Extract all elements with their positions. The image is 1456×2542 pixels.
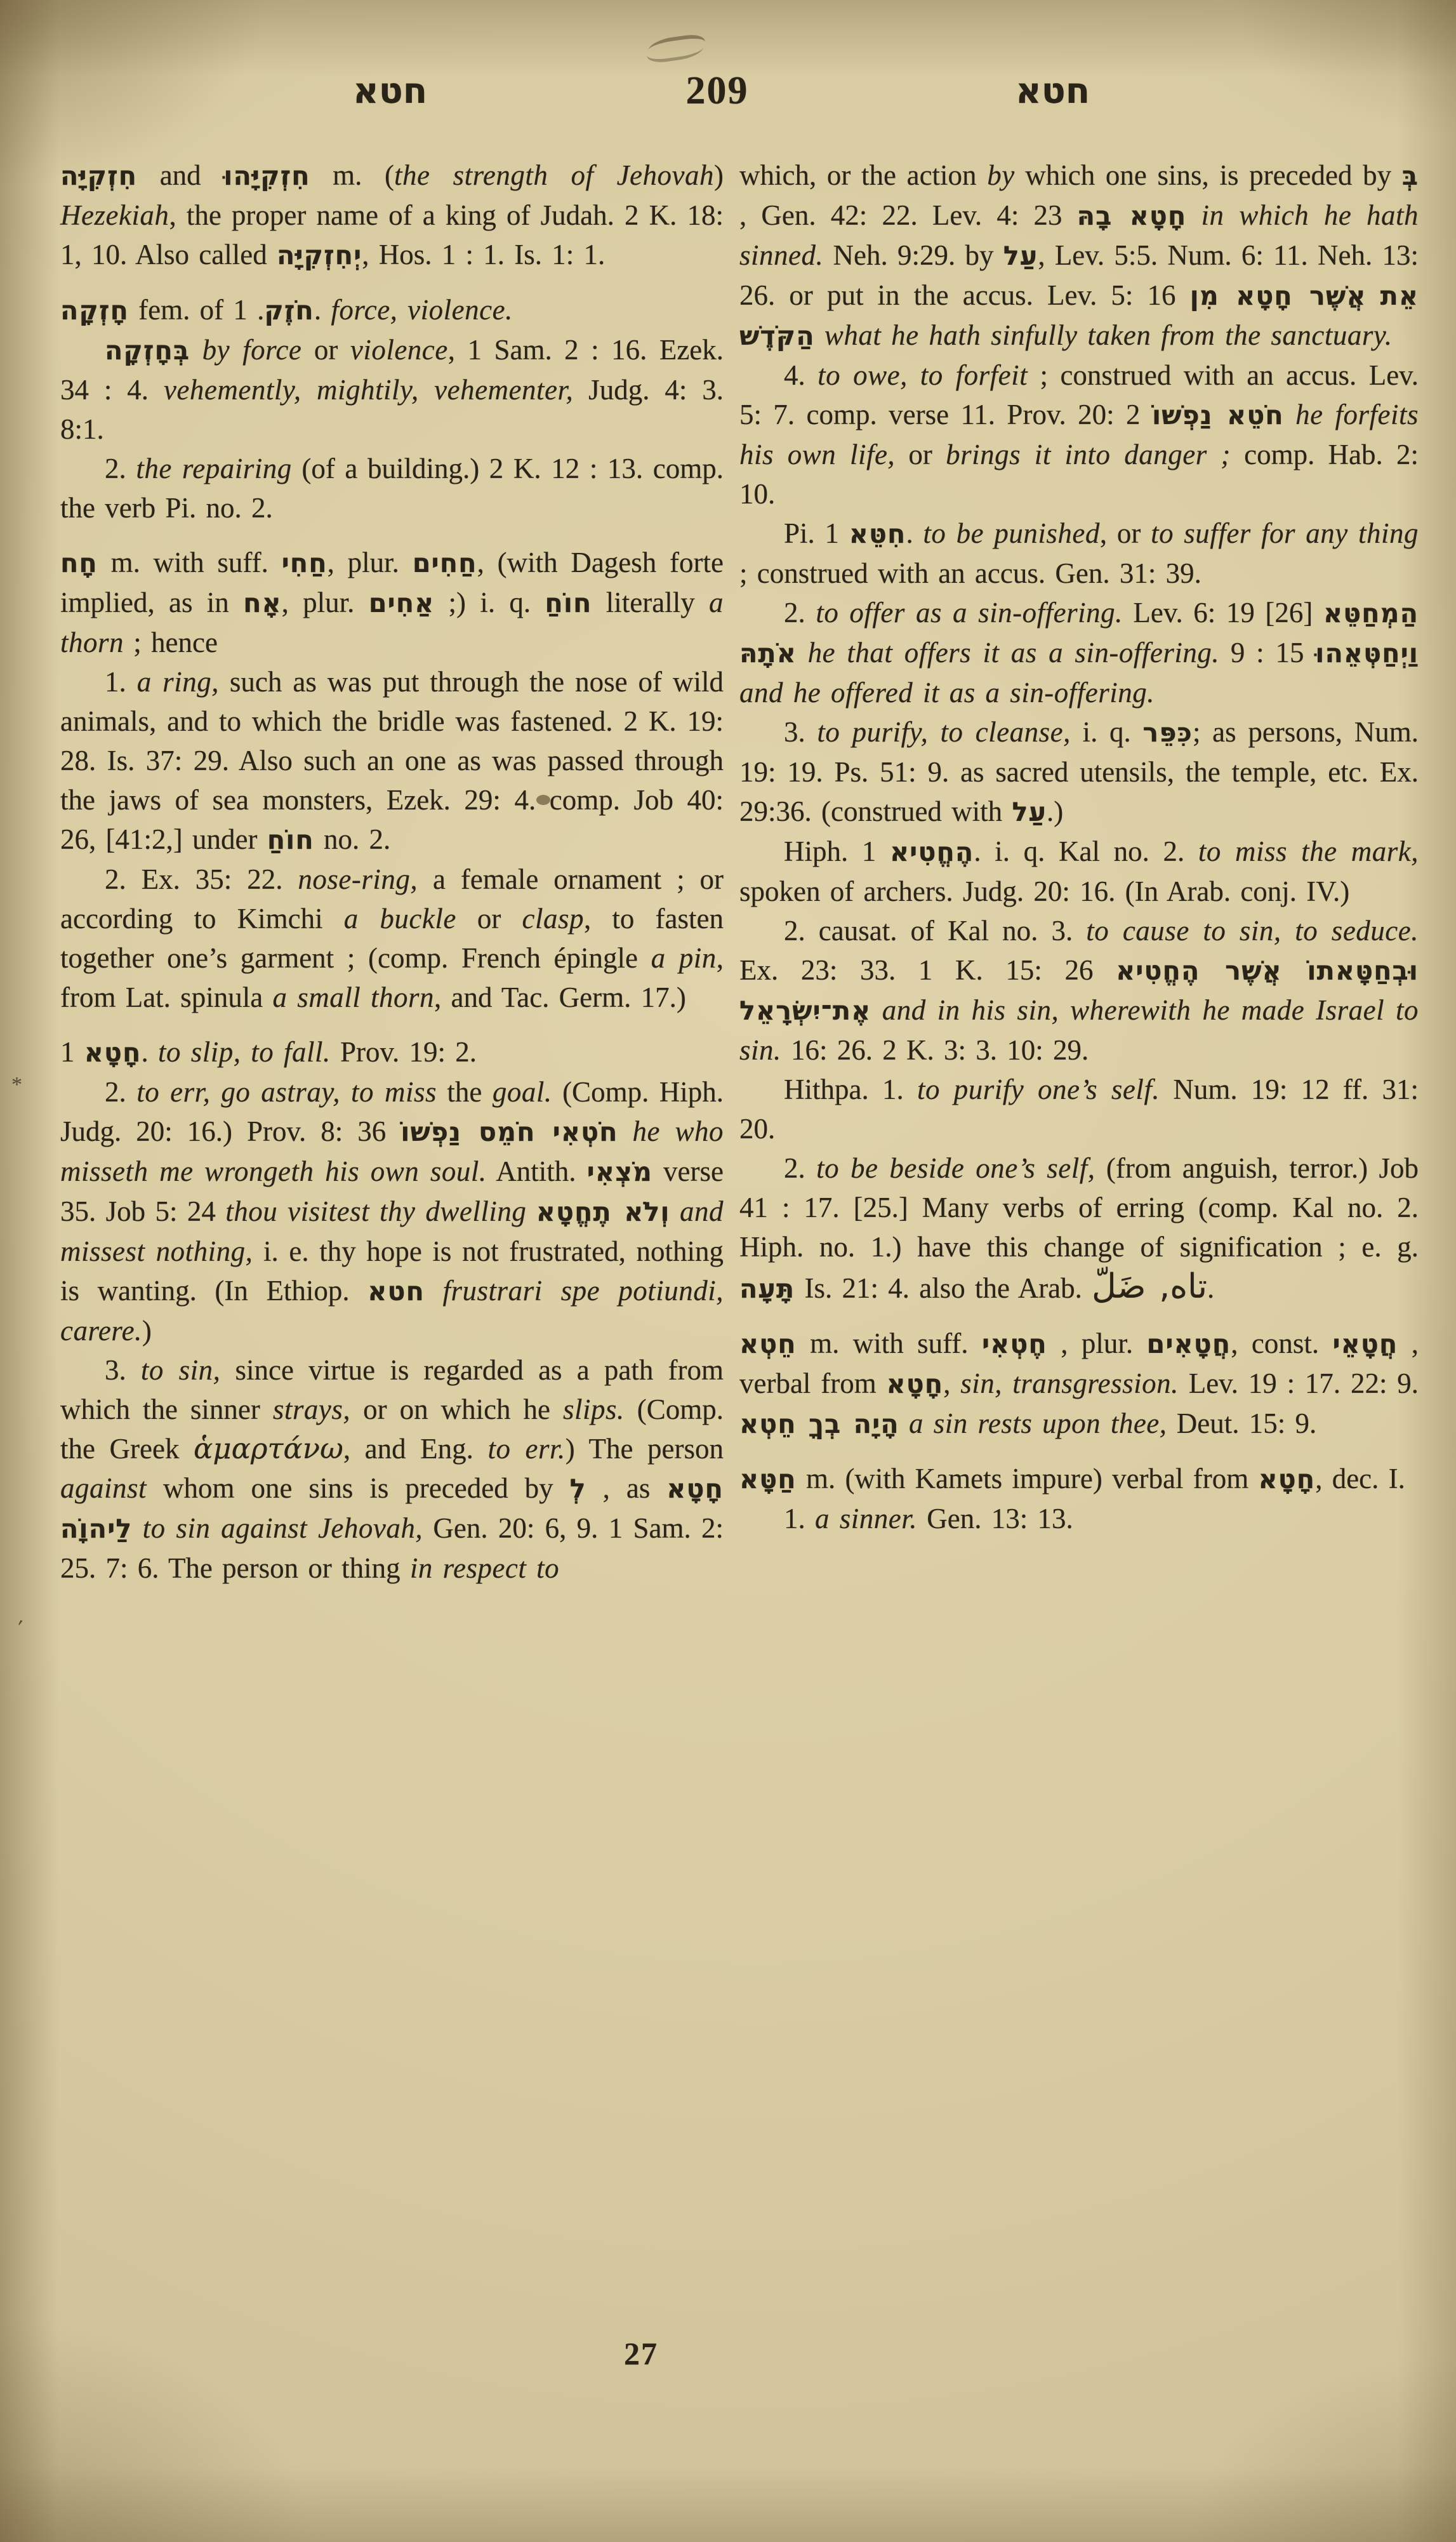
- text-run: 1.: [105, 666, 137, 698]
- italic-text: force, violence.: [331, 294, 512, 326]
- entry-paragraph: 2. to be beside one’s self, (from anguis…: [739, 1148, 1419, 1308]
- text-run: 2.: [784, 597, 816, 629]
- hebrew-text: יְחִזְקִיָּה: [277, 240, 362, 270]
- text-run: [1366, 279, 1380, 311]
- entry-paragraph: Hithpa. 1. to purify one’s self. Num. 19…: [739, 1070, 1419, 1148]
- text-run: [871, 994, 882, 1026]
- text-run: , and Eng.: [343, 1433, 488, 1465]
- text-run: [670, 1195, 680, 1227]
- text-run: Pi.: [784, 517, 825, 549]
- hebrew-text: חָזְקָה: [60, 295, 129, 326]
- italic-text: to be punished: [923, 517, 1099, 549]
- text-run: Hiph.: [784, 835, 862, 867]
- text-run: spoken of archers. Judg. 20: 16. (In Ara…: [739, 875, 1349, 907]
- text-run: whom one sins is preceded by: [147, 1472, 570, 1504]
- hebrew-text: עַל: [1012, 797, 1047, 827]
- hebrew-text: כִּפֵּר: [1142, 717, 1193, 748]
- hebrew-text: חָח: [60, 548, 98, 578]
- entry-paragraph: חָזְקָה fem. of חֹזֶק. 1. force, violenc…: [60, 290, 724, 330]
- text-run: Gen. 13: 13.: [917, 1503, 1073, 1534]
- text-run: 2.: [105, 453, 136, 484]
- text-run: [190, 334, 202, 366]
- entry-paragraph: חָטָא 1. to slip, to fall. Prov. 19: 2.: [60, 1032, 724, 1072]
- entry-paragraph: 3. to purify, to cleanse, i. q. כִּפֵּר;…: [739, 712, 1419, 832]
- italic-text: thou visitest thy dwelling: [225, 1195, 526, 1227]
- catchword-left: חטא: [353, 66, 427, 117]
- italic-text: vehemently, mightily, vehementer,: [164, 374, 573, 406]
- hebrew-text: חָטָא: [84, 1037, 142, 1068]
- italic-text: to err.: [487, 1433, 565, 1465]
- text-run: [132, 1512, 142, 1544]
- text-run: 1.: [784, 1503, 815, 1534]
- hebrew-text: חָטָא: [1259, 1464, 1316, 1494]
- right-column: which, or the action by which one sins, …: [739, 156, 1419, 1538]
- text-run: Hithpa. 1.: [784, 1074, 917, 1105]
- text-run: m. (: [310, 159, 394, 191]
- left-column: חִזְקִיָּה and חִזְקִיָּהוּ m. (the stre…: [60, 156, 724, 1588]
- italic-text: to purify one’s self.: [917, 1074, 1160, 1105]
- text-run: 16: 26. 2 K. 3: 3. 10: 29.: [781, 1034, 1089, 1066]
- hebrew-text: עַל: [1003, 241, 1038, 271]
- text-run: which, or the action: [739, 159, 987, 191]
- text-run: Is. 21: 4. also the Arab.: [795, 1272, 1092, 1304]
- italic-text: he that offers it as a sin-offering.: [808, 637, 1219, 669]
- italic-text: a pin: [651, 942, 717, 974]
- entry-paragraph: 1. a sinner. Gen. 13: 13.: [739, 1499, 1419, 1538]
- text-run: , Hos. 1 : 1. Is. 1: 1.: [362, 239, 605, 270]
- entry-paragraph: 3. to sin, since virtue is regarded as a…: [60, 1350, 724, 1588]
- hebrew-text: חֹטֵא נַפְשׁוֹ: [1152, 400, 1284, 430]
- text-run: ) The person: [566, 1433, 724, 1465]
- text-run: .): [1047, 795, 1063, 827]
- italic-text: to cause to sin, to seduce.: [1086, 915, 1419, 947]
- italic-text: slips.: [563, 1394, 625, 1425]
- text-run: Lev. 19 : 17. 22: 9.: [1179, 1367, 1419, 1399]
- text-run: ;) i. q.: [434, 587, 545, 618]
- arabic-text: تاه, ضَلّ: [1092, 1267, 1207, 1306]
- text-run: 3.: [784, 716, 817, 748]
- entry-paragraph: Hiph. הֶחֱטִיא 1. i. q. Kal no. 2. to mi…: [739, 832, 1419, 911]
- entry-paragraph: 2. causat. of Kal no. 3. to cause to sin…: [739, 911, 1419, 1070]
- text-run: fem. of: [129, 294, 233, 326]
- hebrew-text: חַטָּא: [739, 1464, 797, 1494]
- italic-text: a buckle: [344, 903, 456, 935]
- text-run: 4.: [784, 359, 817, 391]
- text-run: ; hence: [124, 627, 218, 658]
- hebrew-text: הָיָה בְךָ חֵטְא: [739, 1409, 899, 1439]
- italic-text: in respect to: [410, 1552, 559, 1584]
- hebrew-text: מֹצְאִי: [587, 1157, 652, 1187]
- text-run: [425, 1275, 443, 1307]
- text-run: .: [1207, 1272, 1214, 1304]
- italic-text: and he offered it as a sin-offering.: [739, 677, 1155, 709]
- hebrew-text: חַחִי: [282, 548, 328, 578]
- text-run: 2.: [784, 1152, 816, 1184]
- text-run: ): [142, 1315, 152, 1347]
- text-run: 3.: [105, 1354, 141, 1386]
- hebrew-text: חוֹחַ: [545, 588, 592, 618]
- italic-text: to sin against Jehovah,: [143, 1512, 423, 1544]
- italic-text: to slip, to fall.: [158, 1036, 331, 1068]
- text-run: m. with suff.: [98, 547, 282, 578]
- text-run: , plur.: [1047, 1328, 1147, 1359]
- signature-number: 27: [571, 2335, 711, 2372]
- entry-paragraph: which, or the action by which one sins, …: [739, 156, 1419, 356]
- text-run: 2. causat. of Kal no. 3.: [784, 915, 1086, 947]
- text-run: or: [301, 334, 350, 366]
- text-run: ): [714, 159, 724, 191]
- margin-asterisk-mark: *: [11, 1073, 22, 1097]
- hebrew-text: חֹטְאִי חֹמֵס נַפְשׁוֹ: [400, 1117, 618, 1147]
- entry-paragraph: 2. the repairing (of a building.) 2 K. 1…: [60, 449, 724, 528]
- italic-text: brings it into danger ;: [946, 439, 1231, 470]
- hebrew-text: חֲטָאֵי: [1332, 1329, 1398, 1359]
- italic-text: to offer as a sin-offering.: [816, 597, 1123, 629]
- italic-text: a ring,: [137, 666, 219, 698]
- italic-text: goal.: [493, 1076, 552, 1108]
- italic-text: strays,: [273, 1394, 350, 1425]
- italic-text: to miss the mark,: [1198, 835, 1419, 867]
- hebrew-text: חָטָא בָהּ: [1077, 201, 1187, 231]
- text-run: [526, 1195, 536, 1227]
- hebrew-text: חֹזֶק: [264, 295, 314, 326]
- hebrew-text: חִזְקִיָּה: [60, 161, 137, 191]
- italic-text: sin, transgression.: [960, 1367, 1179, 1399]
- text-run: , const.: [1231, 1328, 1332, 1359]
- hebrew-text: חָטָא: [887, 1369, 944, 1399]
- hebrew-text: בְּחָזְקָה: [105, 335, 190, 366]
- entry-paragraph: 2. to err, go astray, to miss the goal. …: [60, 1072, 724, 1350]
- hebrew-text: חִטֵּא: [849, 519, 906, 549]
- italic-text: to sin,: [141, 1354, 220, 1386]
- text-run: Deut. 15: 9.: [1167, 1407, 1317, 1439]
- ink-smudge: [645, 32, 706, 65]
- text-run: 2. Ex. 35: 22.: [105, 863, 298, 895]
- hebrew-text: בְּ: [1402, 161, 1419, 191]
- italic-text: the strength of Jehovah: [394, 159, 714, 191]
- text-run: , plur.: [328, 547, 413, 578]
- text-run: and: [137, 159, 223, 191]
- page-number: 209: [647, 66, 787, 116]
- hebrew-text: חַחִים: [413, 548, 477, 578]
- hebrew-text: חִזְקִיָּהוּ: [223, 161, 310, 191]
- margin-stray-mark: ′: [13, 1616, 25, 1640]
- text-run: [1186, 199, 1201, 231]
- entry-paragraph: 4. to owe, to forfeit ; construed with a…: [739, 356, 1419, 514]
- hebrew-text: חֲטָאִים: [1147, 1329, 1231, 1359]
- entry-paragraph: חָח m. with suff. חַחִי, plur. חַחִים, (…: [60, 543, 724, 662]
- italic-text: to purify, to cleanse,: [817, 716, 1070, 748]
- italic-text: the repairing: [136, 453, 291, 484]
- italic-text: a sin rests upon thee,: [909, 1407, 1167, 1439]
- entry-paragraph: 1. a ring, such as was put through the n…: [60, 662, 724, 860]
- hebrew-text: תָּעָה: [739, 1274, 795, 1304]
- text-run: Ex. 23: 33. 1 K. 15: 26: [739, 954, 1116, 986]
- italic-text: Hezekiah: [60, 199, 169, 231]
- text-run: 2.: [105, 1076, 136, 1108]
- text-run: [1284, 399, 1295, 430]
- text-run: , as: [586, 1472, 667, 1504]
- text-run: [899, 1407, 909, 1439]
- hebrew-text: אֵת: [1380, 281, 1419, 311]
- text-run: ,: [943, 1367, 960, 1399]
- text-run: , Gen. 42: 22. Lev. 4: 23: [739, 199, 1077, 231]
- text-run: , dec. I.: [1315, 1463, 1405, 1494]
- text-run: Prov. 19: 2.: [331, 1036, 477, 1068]
- text-run: [815, 319, 824, 351]
- text-run: i. q.: [1071, 716, 1143, 748]
- italic-text: a small thorn: [272, 982, 434, 1013]
- italic-text: to err, go astray, to miss: [136, 1076, 437, 1108]
- entry-paragraph: חַטָּא m. (with Kamets impure) verbal fr…: [739, 1459, 1419, 1499]
- entry-paragraph: 2. to offer as a sin-offering. Lev. 6: 1…: [739, 593, 1419, 712]
- entry-paragraph: בְּחָזְקָה by force or violence, 1 Sam. …: [60, 330, 724, 449]
- hebrew-text: אָח: [243, 588, 282, 618]
- hebrew-text: חטא: [367, 1276, 425, 1307]
- page-header: חטא 209 חטא: [0, 66, 1456, 123]
- catchword-right: חטא: [1016, 66, 1090, 117]
- text-run: m. (with Kamets impure) verbal from: [797, 1463, 1259, 1494]
- italic-text: what he hath sinfully taken from the san…: [824, 319, 1393, 351]
- hebrew-text: אַחִים: [369, 588, 435, 618]
- italic-text: against: [60, 1472, 147, 1504]
- hebrew-text: וְלֹא תֶחֱטָא: [536, 1197, 670, 1227]
- italic-text: by: [987, 159, 1014, 191]
- italic-text: a sinner.: [815, 1503, 917, 1534]
- greek-text: ἁμαρτάνω: [194, 1432, 343, 1465]
- entry-paragraph: 2. Ex. 35: 22. nose-ring, a female ornam…: [60, 860, 724, 1017]
- hebrew-text: חֵטְא: [739, 1329, 797, 1359]
- hebrew-text: וַיְחַטְּאֵהוּ: [1315, 638, 1419, 669]
- text-run: , and Tac. Germ. 17.): [434, 982, 686, 1013]
- text-run: or: [895, 439, 946, 470]
- hebrew-text: חֶטְאִי: [982, 1329, 1047, 1359]
- hebrew-text: חוֹחַ: [267, 825, 314, 855]
- italic-text: by force: [202, 334, 302, 366]
- text-run: no. 2.: [314, 823, 391, 855]
- entry-paragraph: חִזְקִיָּה and חִזְקִיָּהוּ m. (the stre…: [60, 156, 724, 275]
- text-run: which one sins, is preceded by: [1015, 159, 1402, 191]
- text-run: literally: [592, 587, 709, 618]
- text-run: 9 : 15: [1219, 637, 1315, 669]
- italic-text: nose-ring,: [298, 863, 418, 895]
- hebrew-text: לְ: [570, 1474, 586, 1504]
- text-run: the: [437, 1076, 493, 1108]
- text-run: m. with suff.: [797, 1328, 982, 1359]
- text-run: or: [456, 903, 522, 935]
- text-run: ; construed with an accus. Gen. 31: 39.: [739, 557, 1201, 589]
- lexicon-page: * ′ חטא 209 חטא חִזְקִיָּה and חִזְקִיָּ…: [0, 0, 1456, 2542]
- text-run: Antith.: [487, 1155, 587, 1187]
- text-run: Neh. 9:29. by: [823, 239, 1003, 271]
- text-run: or on which he: [350, 1394, 563, 1425]
- italic-text: clasp: [522, 903, 585, 935]
- italic-text: to be beside one’s self,: [816, 1152, 1095, 1184]
- entry-paragraph: חֵטְא m. with suff. חֶטְאִי , plur. חֲטָ…: [739, 1324, 1419, 1444]
- text-run: Lev. 6: 19 [26]: [1123, 597, 1323, 629]
- italic-text: violence: [350, 334, 448, 366]
- text-run: [618, 1115, 633, 1147]
- hebrew-text: הֶחֱטִיא: [890, 837, 974, 867]
- text-run: , plur.: [282, 587, 369, 618]
- entry-paragraph: Pi. חִטֵּא 1. to be punished, or to suff…: [739, 514, 1419, 593]
- text-run: [797, 637, 808, 669]
- italic-text: to owe, to forfeit: [817, 359, 1028, 391]
- italic-text: to suffer for any thing: [1151, 517, 1419, 549]
- text-run: , or: [1100, 517, 1151, 549]
